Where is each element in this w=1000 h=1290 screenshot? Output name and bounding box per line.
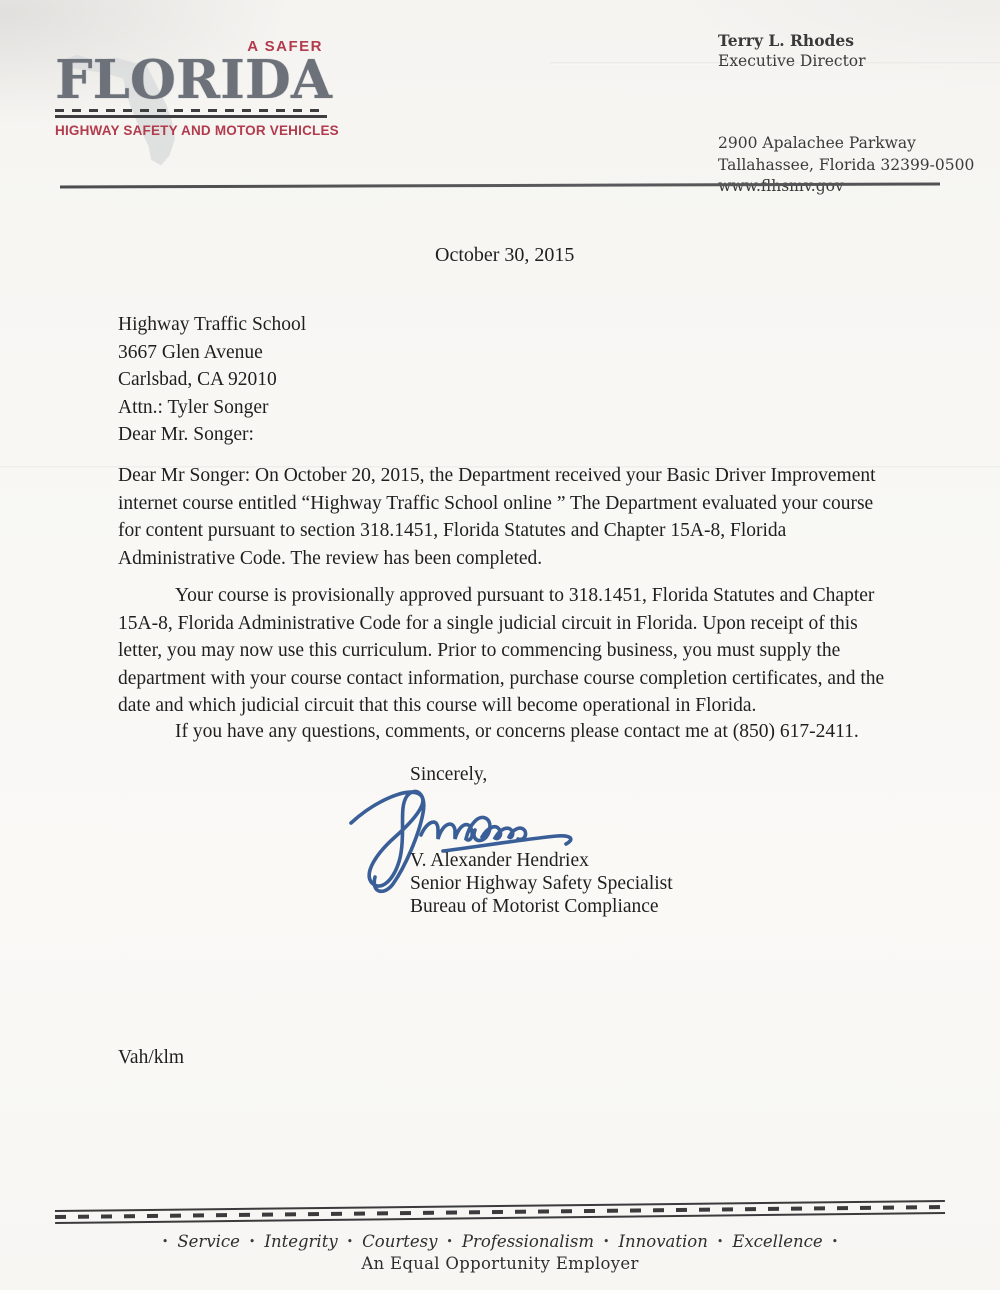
recipient-street: 3667 Glen Avenue: [118, 339, 306, 367]
recipient-city: Carlsbad, CA 92010: [118, 366, 306, 394]
letter-date: October 30, 2015: [435, 244, 574, 267]
agency-logo: A SAFER FLORIDA HIGHWAY SAFETY AND MOTOR…: [55, 38, 327, 138]
road-solid-line: [55, 115, 327, 118]
bullet-separator: •: [823, 1235, 848, 1248]
director-title: Executive Director: [718, 51, 978, 72]
equal-opportunity-text: An Equal Opportunity Employer: [0, 1254, 1000, 1273]
executive-director-block: Terry L. Rhodes Executive Director: [718, 30, 978, 72]
agency-values-motto: •Service•Integrity•Courtesy•Professional…: [0, 1232, 1000, 1251]
value-integrity: Integrity: [264, 1232, 337, 1251]
footer-road-divider: [55, 1200, 945, 1224]
reference-initials: Vah/klm: [118, 1044, 184, 1072]
scanned-letter-page: A SAFER FLORIDA HIGHWAY SAFETY AND MOTOR…: [0, 0, 1000, 1290]
road-dashed-line: [55, 109, 327, 112]
address-line-1: 2900 Apalachee Parkway: [718, 133, 988, 155]
logo-word-florida: FLORIDA: [55, 55, 327, 105]
logo-tagline-hsmv: HIGHWAY SAFETY AND MOTOR VEHICLES: [55, 123, 327, 138]
value-innovation: Innovation: [618, 1232, 707, 1251]
recipient-name: Highway Traffic School: [118, 311, 306, 339]
director-name: Terry L. Rhodes: [718, 30, 978, 51]
bullet-separator: •: [240, 1235, 265, 1248]
signer-title: Senior Highway Safety Specialist: [410, 872, 673, 895]
recipient-address-block: Highway Traffic School 3667 Glen Avenue …: [118, 311, 306, 421]
bullet-separator: •: [594, 1235, 619, 1248]
bullet-separator: •: [437, 1235, 462, 1248]
agency-address-block: 2900 Apalachee Parkway Tallahassee, Flor…: [718, 133, 988, 198]
agency-website: www.flhsmv.gov: [718, 176, 988, 198]
value-professionalism: Professionalism: [462, 1232, 594, 1251]
paragraph-3: If you have any questions, comments, or …: [118, 718, 890, 746]
signer-block: V. Alexander Hendriex Senior Highway Saf…: [410, 849, 673, 918]
bullet-separator: •: [153, 1235, 178, 1248]
paragraph-2: Your course is provisionally approved pu…: [118, 582, 890, 720]
bullet-separator: •: [708, 1235, 733, 1248]
signer-bureau: Bureau of Motorist Compliance: [410, 895, 673, 918]
salutation: Dear Mr. Songer:: [118, 421, 254, 449]
signer-name: V. Alexander Hendriex: [410, 849, 673, 872]
value-service: Service: [177, 1232, 240, 1251]
bullet-separator: •: [338, 1235, 363, 1248]
value-courtesy: Courtesy: [362, 1232, 437, 1251]
logo-road-graphic: [55, 109, 327, 118]
paragraph-1: Dear Mr Songer: On October 20, 2015, the…: [118, 462, 890, 572]
value-excellence: Excellence: [732, 1232, 822, 1251]
recipient-attn: Attn.: Tyler Songer: [118, 394, 306, 422]
address-line-2: Tallahassee, Florida 32399-0500: [718, 155, 988, 177]
